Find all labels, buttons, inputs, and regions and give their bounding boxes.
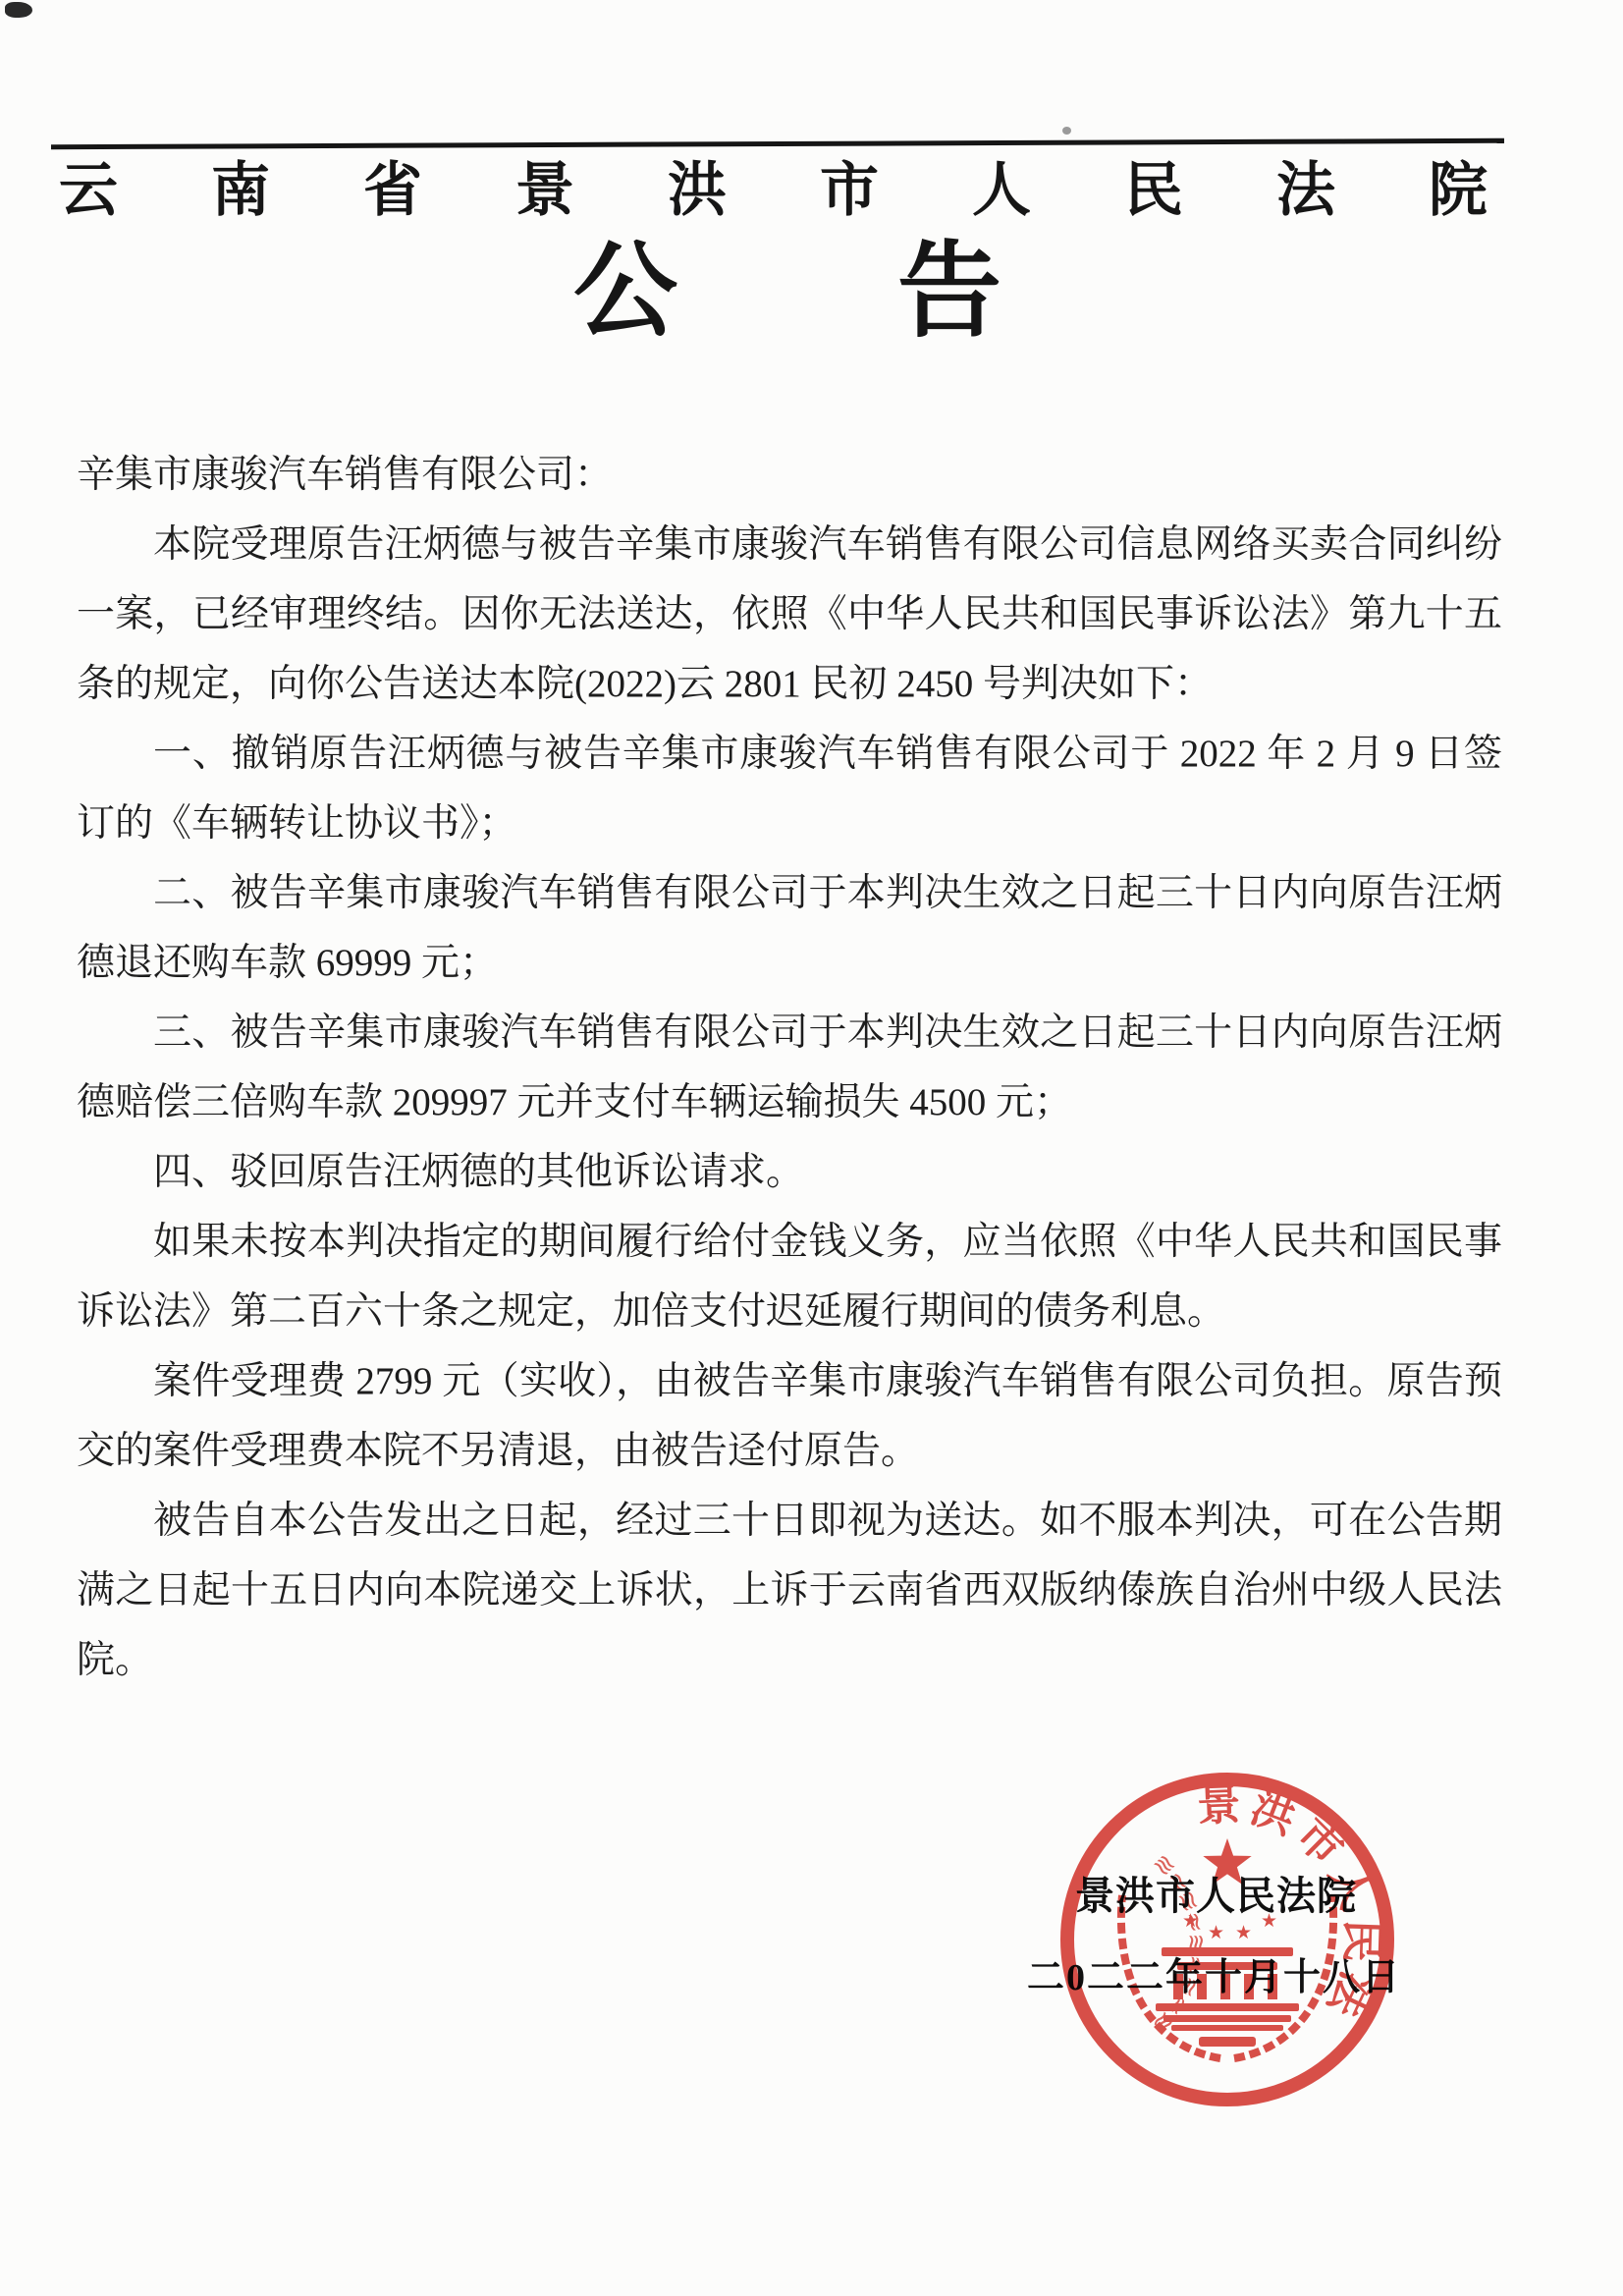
small-star-icon: ★ (1208, 1922, 1224, 1943)
addressee-line: 辛集市康骏汽车销售有限公司： (77, 440, 1502, 510)
paragraph: 如果未按本判决指定的期间履行给付金钱义务，应当依照《中华人民共和国民事诉讼法》第… (77, 1207, 1502, 1346)
paragraph: 被告自本公告发出之日起，经过三十日即视为送达。如不服本判决，可在公告期满之日起十… (77, 1486, 1502, 1695)
document-page: 云南省景洪市人民法院 公 告 辛集市康骏汽车销售有限公司： 本院受理原告汪炳德与… (0, 0, 1623, 2296)
announcement-body: 辛集市康骏汽车销售有限公司： 本院受理原告汪炳德与被告辛集市康骏汽车销售有限公司… (77, 440, 1502, 1695)
small-star-icon: ★ (1182, 1910, 1199, 1932)
header-divider-rule (51, 138, 1504, 149)
page-title: 公 告 (77, 236, 1502, 351)
paragraph: 案件受理费 2799 元（实收），由被告辛集市康骏汽车销售有限公司负担。原告预交… (77, 1346, 1502, 1486)
seal-arc-court-name: 景洪市人民法院 (1034, 1746, 1386, 2029)
emblem-gate (1156, 1947, 1299, 2047)
small-star-icon: ★ (1235, 1922, 1252, 1943)
paragraph-judgment-item-4: 四、驳回原告汪炳德的其他诉讼请求。 (77, 1137, 1502, 1207)
scan-artifact-dot (1062, 127, 1071, 135)
paragraph-judgment-item-2: 二、被告辛集市康骏汽车销售有限公司于本判决生效之日起三十日内向原告汪炳德退还购车… (77, 858, 1502, 998)
paragraph-judgment-item-1: 一、撤销原告汪炳德与被告辛集市康骏汽车销售有限公司于 2022 年 2 月 9 … (77, 719, 1502, 858)
star-icon (1203, 1838, 1251, 1885)
scan-artifact-speck (5, 2, 32, 18)
paragraph-judgment-item-3: 三、被告辛集市康骏汽车销售有限公司于本判决生效之日起三十日内向原告汪炳德赔偿三倍… (77, 998, 1502, 1137)
court-header-title: 云南省景洪市人民法院 (59, 157, 1488, 225)
paragraph: 本院受理原告汪炳德与被告辛集市康骏汽车销售有限公司信息网络买卖合同纠纷一案，已经… (77, 510, 1502, 719)
court-seal-stamp: 景洪市人民法院 ≋≈≋≈≋≈≋≈≋≈ ★ ★ ★ ★ (1034, 1746, 1422, 2134)
small-star-icon: ★ (1261, 1910, 1277, 1932)
